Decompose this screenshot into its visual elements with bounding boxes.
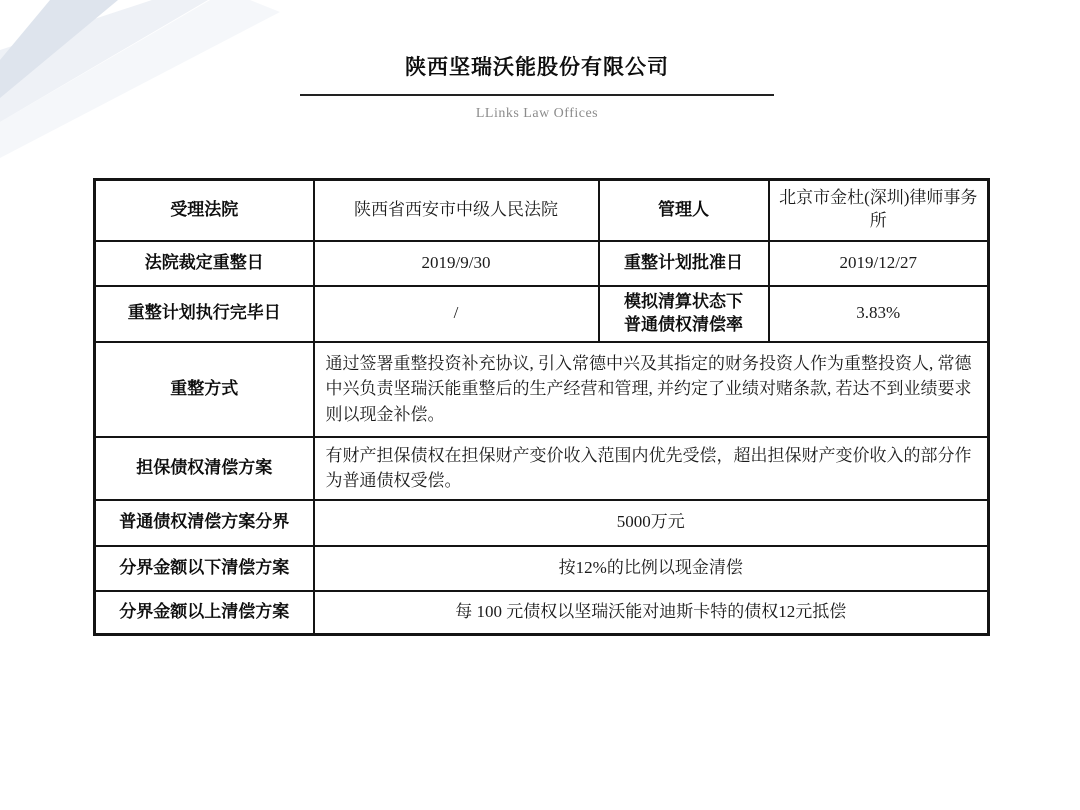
plan-approval-date-value: 2019/12/27 xyxy=(769,241,989,286)
simulated-liquidation-rate-label: 模拟清算状态下 普通债权清偿率 xyxy=(599,286,769,342)
document-header: 陕西坚瑞沃能股份有限公司 LLinks Law Offices xyxy=(300,52,774,122)
table-row-secured: 担保债权清偿方案 有财产担保债权在担保财产变价收入范围内优先受偿，超出担保财产变… xyxy=(95,437,989,500)
table-row-above-threshold: 分界金额以上清偿方案 每 100 元债权以坚瑞沃能对迪斯卡特的债权12元抵偿 xyxy=(95,591,989,635)
secured-claims-plan-value: 有财产担保债权在担保财产变价收入范围内优先受偿，超出担保财产变价收入的部分作为普… xyxy=(314,437,989,500)
above-threshold-plan-value: 每 100 元债权以坚瑞沃能对迪斯卡特的债权12元抵偿 xyxy=(314,591,989,635)
table-row-threshold: 普通债权清偿方案分界 5000万元 xyxy=(95,500,989,546)
accepting-court-value: 陕西省西安市中级人民法院 xyxy=(314,180,599,241)
corner-watermark-decoration xyxy=(0,0,280,160)
watermark-faint-band xyxy=(0,0,280,158)
restructuring-summary-table: 受理法院 陕西省西安市中级人民法院 管理人 北京市金杜(深圳)律师事务所 法院裁… xyxy=(93,178,990,636)
plan-completion-date-label: 重整计划执行完毕日 xyxy=(95,286,314,342)
watermark-light-band xyxy=(0,0,208,122)
plan-approval-date-label: 重整计划批准日 xyxy=(599,241,769,286)
watermark-dark-band xyxy=(0,0,118,98)
secured-claims-plan-label: 担保债权清偿方案 xyxy=(95,437,314,500)
ordinary-claims-threshold-value: 5000万元 xyxy=(314,500,989,546)
simulated-liquidation-rate-value: 3.83% xyxy=(769,286,989,342)
administrator-value: 北京市金杜(深圳)律师事务所 xyxy=(769,180,989,241)
table-row-court: 受理法院 陕西省西安市中级人民法院 管理人 北京市金杜(深圳)律师事务所 xyxy=(95,180,989,241)
above-threshold-plan-label: 分界金额以上清偿方案 xyxy=(95,591,314,635)
title-underline xyxy=(300,94,774,96)
ruling-date-label: 法院裁定重整日 xyxy=(95,241,314,286)
ordinary-claims-threshold-label: 普通债权清偿方案分界 xyxy=(95,500,314,546)
restructuring-method-value: 通过签署重整投资补充协议, 引入常德中兴及其指定的财务投资人作为重整投资人, 常… xyxy=(314,342,989,437)
law-office-subtitle: LLinks Law Offices xyxy=(300,106,774,122)
table-row-below-threshold: 分界金额以下清偿方案 按12%的比例以现金清偿 xyxy=(95,546,989,591)
table-row-method: 重整方式 通过签署重整投资补充协议, 引入常德中兴及其指定的财务投资人作为重整投… xyxy=(95,342,989,437)
table-row-completion: 重整计划执行完毕日 / 模拟清算状态下 普通债权清偿率 3.83% xyxy=(95,286,989,342)
restructuring-method-label: 重整方式 xyxy=(95,342,314,437)
plan-completion-date-value: / xyxy=(314,286,599,342)
below-threshold-plan-value: 按12%的比例以现金清偿 xyxy=(314,546,989,591)
below-threshold-plan-label: 分界金额以下清偿方案 xyxy=(95,546,314,591)
table-row-dates: 法院裁定重整日 2019/9/30 重整计划批准日 2019/12/27 xyxy=(95,241,989,286)
accepting-court-label: 受理法院 xyxy=(95,180,314,241)
administrator-label: 管理人 xyxy=(599,180,769,241)
ruling-date-value: 2019/9/30 xyxy=(314,241,599,286)
company-title: 陕西坚瑞沃能股份有限公司 xyxy=(300,52,774,82)
